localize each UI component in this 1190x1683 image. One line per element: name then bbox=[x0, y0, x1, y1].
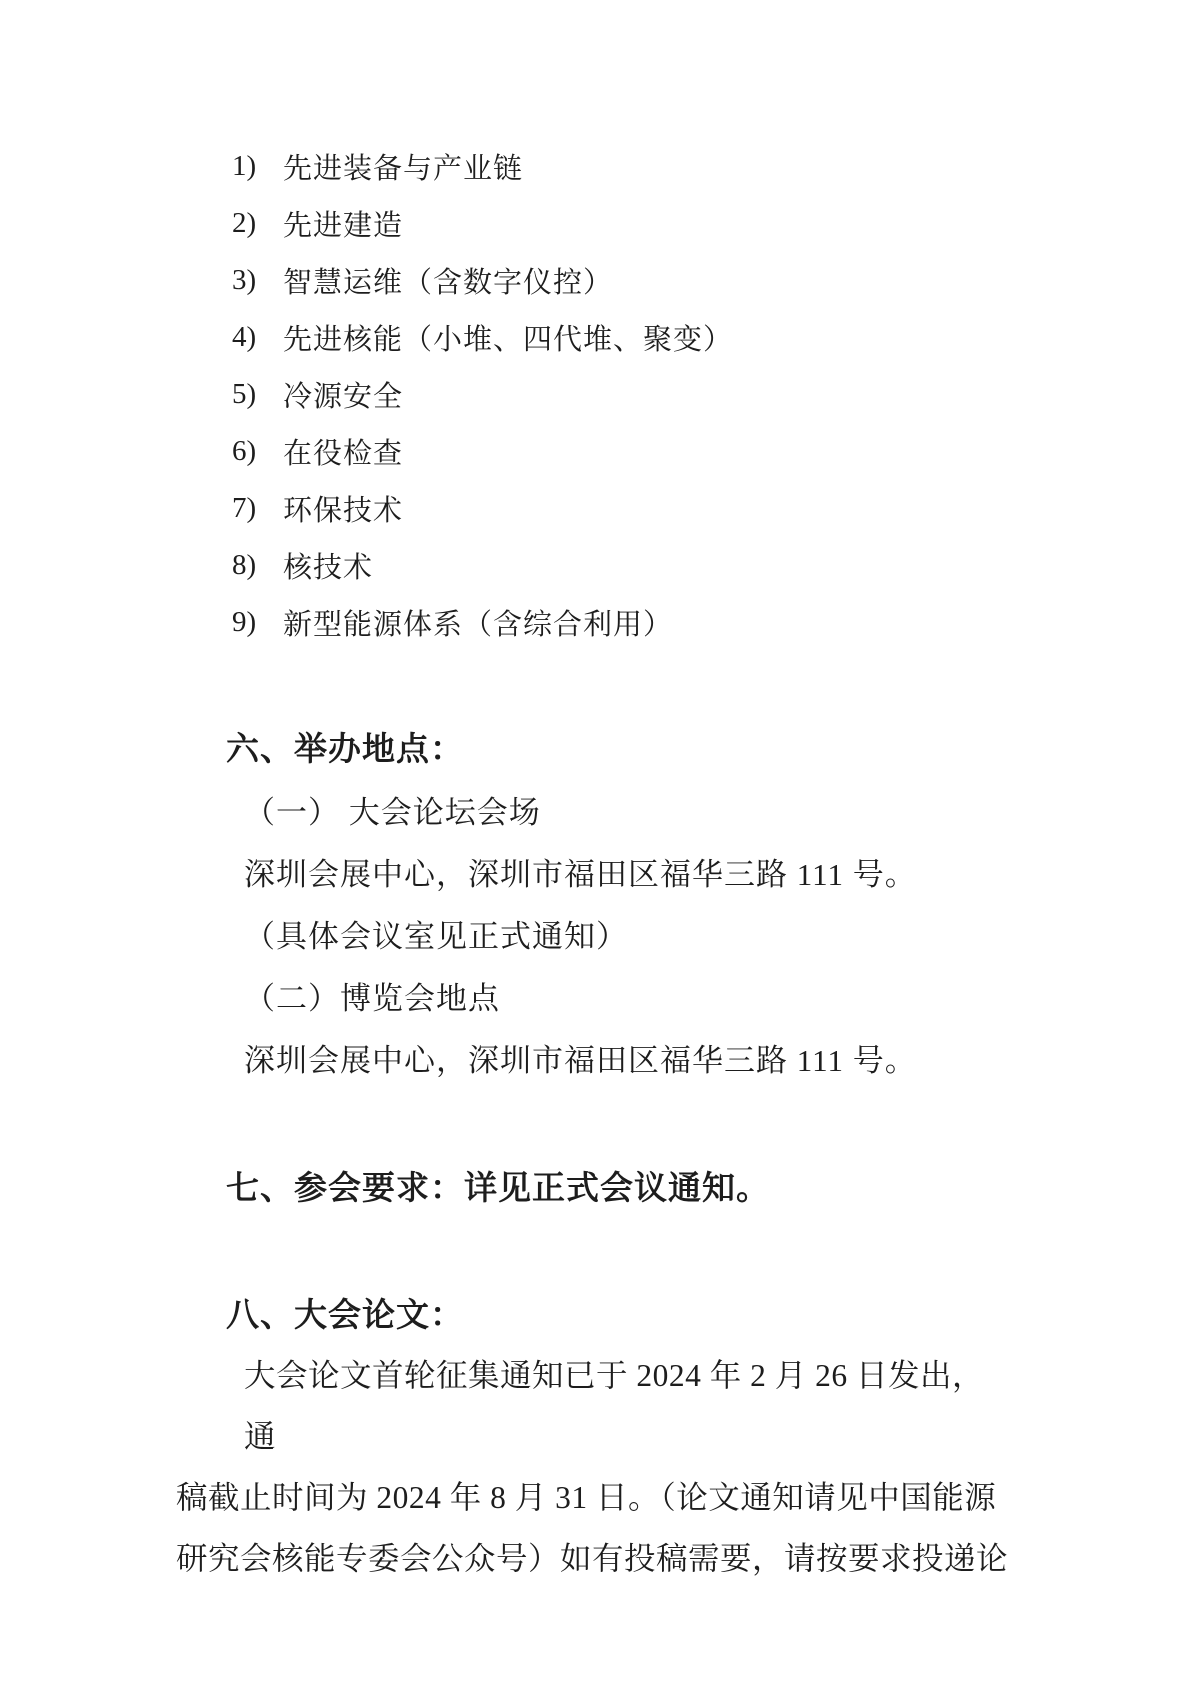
list-item-number: 7) bbox=[232, 492, 283, 525]
list-item: 1) 先进装备与产业链 bbox=[176, 138, 1014, 195]
venue-address-expo: 深圳会展中心，深圳市福田区福华三路 111 号。 bbox=[176, 1030, 1014, 1092]
list-item-label: 先进装备与产业链 bbox=[283, 146, 523, 187]
list-item-label: 新型能源体系（含综合利用） bbox=[283, 602, 673, 643]
paragraph-line: 研究会核能专委会公众号）如有投稿需要，请按要求投递论 bbox=[176, 1528, 1014, 1589]
list-item-label: 环保技术 bbox=[283, 488, 403, 529]
document-page: 1) 先进装备与产业链 2) 先进建造 3) 智慧运维（含数字仪控） 4) 先进… bbox=[0, 0, 1190, 1683]
list-item-label: 先进核能（小堆、四代堆、聚变） bbox=[283, 317, 733, 358]
venue-subheading-expo: （二）博览会地点 bbox=[176, 968, 1014, 1030]
list-item-label: 核技术 bbox=[283, 545, 373, 586]
list-item-label: 冷源安全 bbox=[283, 374, 403, 415]
list-item-number: 2) bbox=[232, 207, 283, 240]
topic-list: 1) 先进装备与产业链 2) 先进建造 3) 智慧运维（含数字仪控） 4) 先进… bbox=[176, 138, 1014, 651]
paragraph-line: 稿截止时间为 2024 年 8 月 31 日。（论文通知请见中国能源 bbox=[176, 1467, 1014, 1528]
venue-subheading-forum: （一） 大会论坛会场 bbox=[176, 782, 1014, 844]
paragraph-line: 大会论文首轮征集通知已于 2024 年 2 月 26 日发出，通 bbox=[176, 1345, 1014, 1467]
list-item-number: 6) bbox=[232, 435, 283, 468]
list-item-label: 在役检查 bbox=[283, 431, 403, 472]
venue-note: （具体会议室见正式通知） bbox=[176, 906, 1014, 968]
list-item: 3) 智慧运维（含数字仪控） bbox=[176, 252, 1014, 309]
section-six-heading: 六、举办地点： bbox=[176, 725, 1014, 773]
section-eight-heading: 八、大会论文： bbox=[176, 1291, 1014, 1339]
section-eight-paragraph: 大会论文首轮征集通知已于 2024 年 2 月 26 日发出，通 稿截止时间为 … bbox=[176, 1345, 1014, 1589]
list-item-number: 9) bbox=[232, 606, 283, 639]
list-item: 7) 环保技术 bbox=[176, 480, 1014, 537]
list-item: 2) 先进建造 bbox=[176, 195, 1014, 252]
list-item-number: 8) bbox=[232, 549, 283, 582]
list-item-label: 智慧运维（含数字仪控） bbox=[283, 260, 613, 301]
list-item: 6) 在役检查 bbox=[176, 423, 1014, 480]
list-item-number: 4) bbox=[232, 321, 283, 354]
list-item-number: 3) bbox=[232, 264, 283, 297]
section-seven-heading: 七、参会要求：详见正式会议通知。 bbox=[176, 1164, 1014, 1212]
list-item: 5) 冷源安全 bbox=[176, 366, 1014, 423]
section-six-body: （一） 大会论坛会场 深圳会展中心，深圳市福田区福华三路 111 号。 （具体会… bbox=[176, 782, 1014, 1092]
list-item: 8) 核技术 bbox=[176, 537, 1014, 594]
document-content: 1) 先进装备与产业链 2) 先进建造 3) 智慧运维（含数字仪控） 4) 先进… bbox=[176, 0, 1014, 1589]
list-item: 9) 新型能源体系（含综合利用） bbox=[176, 594, 1014, 651]
list-item-number: 1) bbox=[232, 150, 283, 183]
venue-address-forum: 深圳会展中心，深圳市福田区福华三路 111 号。 bbox=[176, 844, 1014, 906]
list-item-label: 先进建造 bbox=[283, 203, 403, 244]
list-item-number: 5) bbox=[232, 378, 283, 411]
list-item: 4) 先进核能（小堆、四代堆、聚变） bbox=[176, 309, 1014, 366]
